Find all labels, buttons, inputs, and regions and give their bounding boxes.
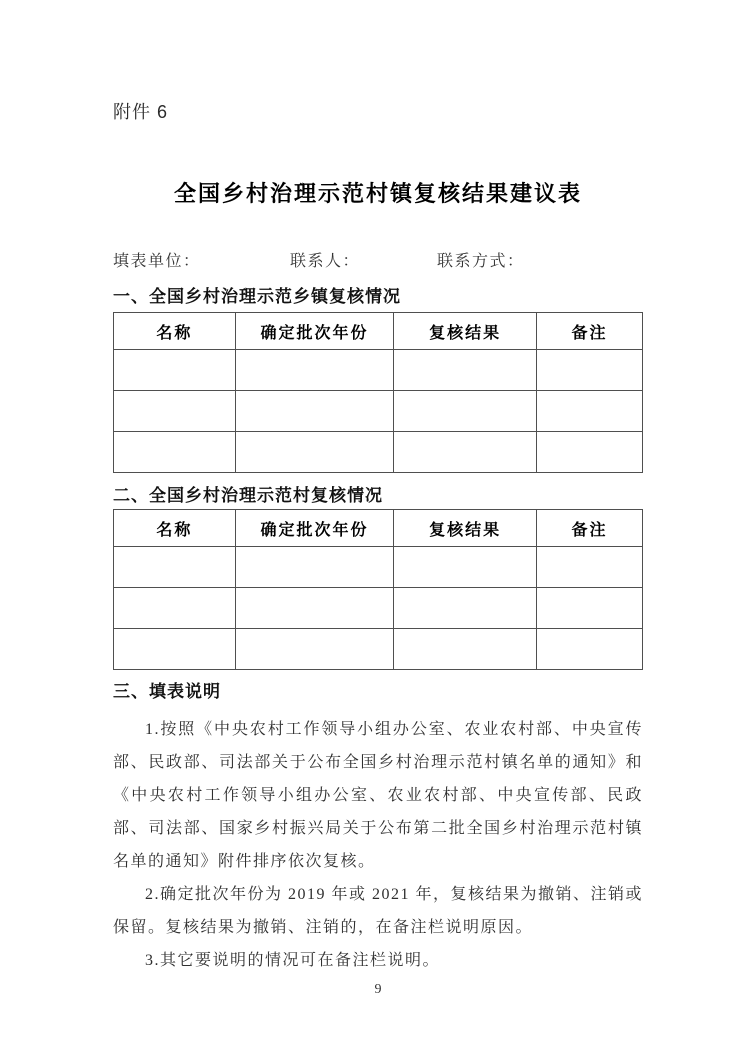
empty-cell xyxy=(394,391,537,432)
form-contact-method-label: 联系方式： xyxy=(437,248,525,271)
empty-cell xyxy=(536,547,642,588)
empty-cell xyxy=(394,432,537,473)
instruction-note-3: 3.其它要说明的情况可在备注栏说明。 xyxy=(113,944,643,977)
empty-cell xyxy=(394,350,537,391)
instruction-note-2: 2.确定批次年份为 2019 年或 2021 年，复核结果为撤销、注销或保留。复… xyxy=(113,878,643,944)
table-header-row: 名称 确定批次年份 复核结果 备注 xyxy=(114,510,643,547)
empty-cell xyxy=(394,629,537,670)
empty-cell xyxy=(114,588,236,629)
section-heading-instructions: 三、填表说明 xyxy=(113,681,643,703)
column-header-remark: 备注 xyxy=(536,313,642,350)
empty-cell xyxy=(235,547,393,588)
instructions-block: 1.按照《中央农村工作领导小组办公室、农业农村部、中央宣传部、民政部、司法部关于… xyxy=(113,713,643,977)
village-review-table: 名称 确定批次年份 复核结果 备注 xyxy=(113,509,643,670)
empty-cell xyxy=(536,432,642,473)
village-review-table-head: 名称 确定批次年份 复核结果 备注 xyxy=(114,510,643,547)
empty-cell xyxy=(114,629,236,670)
empty-cell xyxy=(235,588,393,629)
section-heading-village-review: 二、全国乡村治理示范村复核情况 xyxy=(113,485,643,507)
table-row xyxy=(114,588,643,629)
empty-cell xyxy=(536,629,642,670)
empty-cell xyxy=(235,350,393,391)
column-header-remark: 备注 xyxy=(536,510,642,547)
column-header-review-result: 复核结果 xyxy=(394,313,537,350)
empty-cell xyxy=(235,432,393,473)
page-number: 9 xyxy=(113,982,643,998)
page-title: 全国乡村治理示范村镇复核结果建议表 xyxy=(113,180,643,208)
empty-cell xyxy=(114,432,236,473)
document-content: 附件 6 全国乡村治理示范村镇复核结果建议表 填表单位： 联系人： 联系方式： … xyxy=(113,0,643,998)
empty-cell xyxy=(114,391,236,432)
section-heading-township-review: 一、全国乡村治理示范乡镇复核情况 xyxy=(113,286,643,308)
township-review-table: 名称 确定批次年份 复核结果 备注 xyxy=(113,312,643,473)
column-header-batch-year: 确定批次年份 xyxy=(235,510,393,547)
form-info-line: 填表单位： 联系人： 联系方式： xyxy=(113,248,643,270)
table-row xyxy=(114,432,643,473)
empty-cell xyxy=(114,547,236,588)
form-unit-label: 填表单位： xyxy=(113,248,201,271)
empty-cell xyxy=(536,391,642,432)
column-header-name: 名称 xyxy=(114,510,236,547)
empty-cell xyxy=(536,588,642,629)
table-row xyxy=(114,391,643,432)
empty-cell xyxy=(394,547,537,588)
empty-cell xyxy=(536,350,642,391)
attachment-label: 附件 6 xyxy=(113,100,643,124)
township-review-table-head: 名称 确定批次年份 复核结果 备注 xyxy=(114,313,643,350)
column-header-name: 名称 xyxy=(114,313,236,350)
column-header-review-result: 复核结果 xyxy=(394,510,537,547)
empty-cell xyxy=(235,391,393,432)
table-row xyxy=(114,350,643,391)
empty-cell xyxy=(235,629,393,670)
column-header-batch-year: 确定批次年份 xyxy=(235,313,393,350)
instruction-note-1: 1.按照《中央农村工作领导小组办公室、农业农村部、中央宣传部、民政部、司法部关于… xyxy=(113,713,643,878)
table-row xyxy=(114,629,643,670)
village-review-table-body xyxy=(114,547,643,670)
form-contact-label: 联系人： xyxy=(290,248,360,271)
document-page: 附件 6 全国乡村治理示范村镇复核结果建议表 填表单位： 联系人： 联系方式： … xyxy=(0,0,750,1060)
table-row xyxy=(114,547,643,588)
empty-cell xyxy=(114,350,236,391)
table-header-row: 名称 确定批次年份 复核结果 备注 xyxy=(114,313,643,350)
empty-cell xyxy=(394,588,537,629)
township-review-table-body xyxy=(114,350,643,473)
